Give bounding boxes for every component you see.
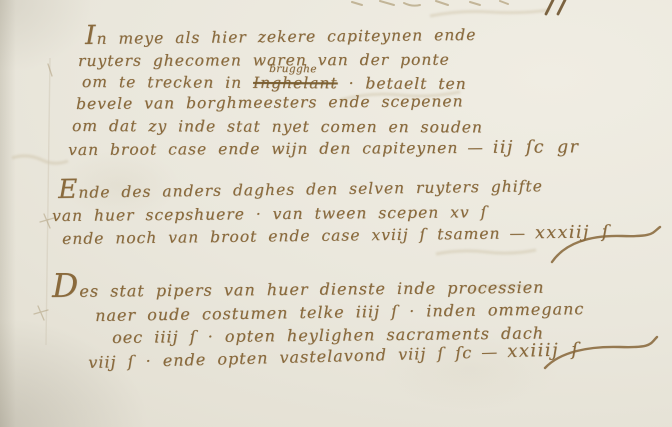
top-edge-ink-fragments bbox=[352, 1, 508, 6]
text-line: om dat zy inde stat nyet comen en souden bbox=[72, 117, 483, 136]
amount-dash: — bbox=[481, 342, 498, 361]
amount: xxxiij ſ bbox=[535, 222, 610, 243]
line-segment: · betaelt ten bbox=[338, 74, 467, 93]
text-line: bevele van borghmeesters ende scepenen bbox=[76, 92, 464, 113]
amount-dash: — bbox=[467, 139, 484, 157]
text-line: Ende des anders daghes den selven ruyter… bbox=[58, 177, 543, 202]
amount: xxiiij ſ bbox=[507, 339, 580, 362]
text-line: Des stat pipers van huer dienste inde pr… bbox=[52, 278, 545, 301]
text-line: ruyters ghecomen waren van der ponte bbox=[78, 51, 450, 70]
line-segment: ende noch van broot ende case xviij ſ ts… bbox=[62, 225, 501, 248]
text-line: om te trecken in bruggheInghelant · beta… bbox=[82, 73, 467, 93]
corner-shadow-top-left bbox=[0, 0, 90, 70]
amount: iij ſc gr bbox=[493, 137, 580, 157]
struck-word: Inghelant bbox=[253, 74, 338, 92]
text-line: In meye als hier zekere capiteynen ende bbox=[85, 26, 476, 48]
amount-dash: — bbox=[509, 224, 526, 242]
interlinear-insertion: brugghe bbox=[269, 63, 317, 75]
text-line: van huer scepshuere · van tween scepen x… bbox=[52, 203, 487, 225]
text-line: ende noch van broot ende case xviij ſ ts… bbox=[62, 222, 610, 249]
manuscript-page: In meye als hier zekere capiteynen ende … bbox=[0, 0, 672, 427]
line-segment: van broot case ende wijn den capiteynen bbox=[68, 139, 458, 159]
correction: bruggheInghelant bbox=[253, 74, 338, 92]
line-segment: om te trecken in bbox=[82, 73, 253, 92]
text-line: naer oude costumen telke iiij ſ · inden … bbox=[95, 299, 584, 325]
paper-crease bbox=[46, 58, 50, 345]
text-line: van broot case ende wijn den capiteynen—… bbox=[68, 137, 579, 160]
folio-number-fragment bbox=[546, 0, 565, 14]
